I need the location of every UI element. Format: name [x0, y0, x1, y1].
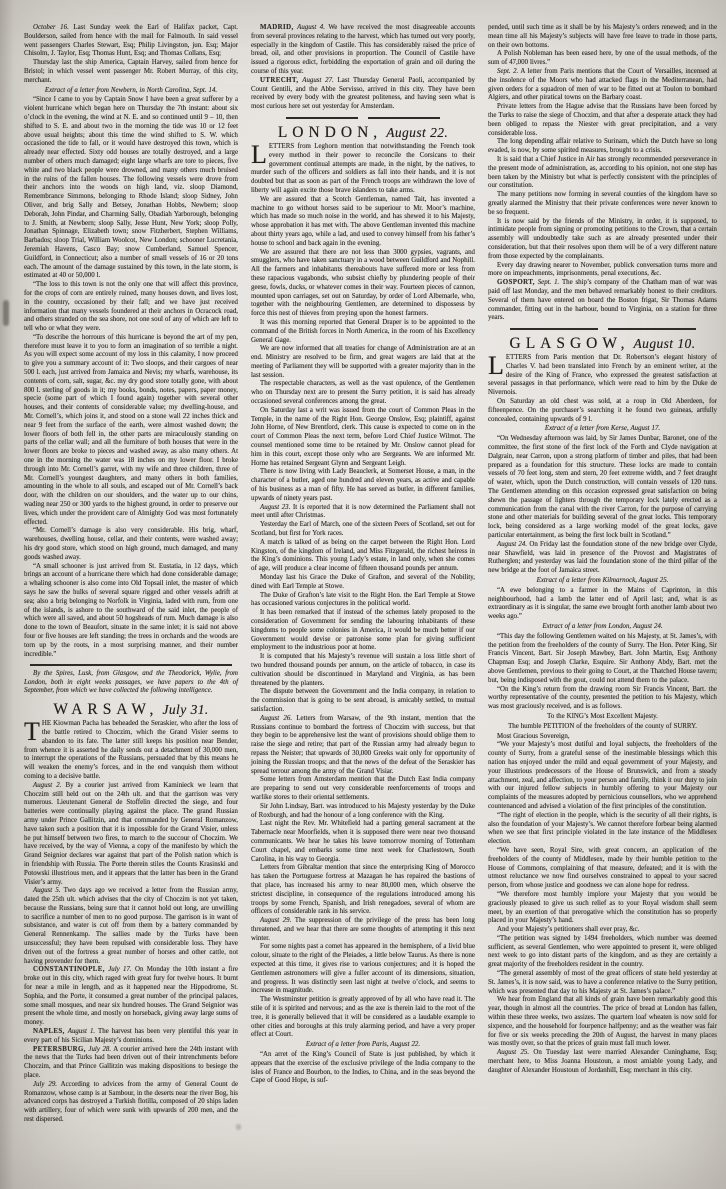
dateline-date: August 2.: [33, 782, 61, 789]
article-paragraph: August 23. It is reported that it is now…: [251, 504, 475, 522]
rule-segment: [286, 117, 358, 119]
article-paragraph: “On Wednesday afternoon was laid, by Sir…: [488, 435, 717, 541]
article-paragraph: “A ewe belonging to a farmer in the Main…: [488, 587, 717, 622]
heading-city: LONDON,: [278, 124, 382, 141]
article-paragraph: It is computed that his Majesty’s revenu…: [251, 653, 475, 688]
article-paragraph: pended, until such time as it shall be b…: [488, 24, 717, 50]
article-paragraph: Sir John Lindsay, Bart. was introduced t…: [251, 803, 475, 821]
letter-extract-caption: Extract of a letter from Kilmarnock, Aug…: [488, 577, 717, 586]
heading-date: August 10.: [634, 336, 696, 351]
article-paragraph: “On the King’s return from the drawing r…: [488, 686, 717, 712]
article-paragraph: A match is talked of as being on the car…: [251, 539, 475, 574]
section-heading-warsaw: WARSAW, July 31.: [24, 701, 238, 718]
article-lead-paragraph: THE Kiowman Pacha has beheaded the Seras…: [24, 720, 238, 782]
heading-date: August 22.: [386, 125, 448, 140]
article-paragraph: Last night the Rev. Mr. Whitefield had a…: [251, 820, 475, 864]
divider-rule: [26, 664, 236, 665]
dateline-date: August 1.: [68, 1028, 95, 1035]
article-paragraph: “We your Majesty’s most dutiful and loya…: [488, 741, 717, 811]
dateline-date: August 29.: [260, 917, 291, 924]
article-paragraph: There is now living with Lady Beauclerk,…: [251, 468, 475, 503]
article-paragraph: Yesterday the Earl of March, one of the …: [251, 521, 475, 539]
article-paragraph: “We therefore most humbly implore your M…: [488, 891, 717, 926]
letter-extract-caption: Extract of a letter from London, August …: [488, 623, 717, 632]
ink-smudge: [236, 1124, 241, 1130]
article-paragraph: “A small schooner is just arrived from S…: [24, 563, 238, 660]
article-paragraph: Private letters from the Hague advise th…: [488, 103, 717, 138]
editorial-note: By the Spires, Lusk, from Glasgow, and t…: [24, 670, 238, 696]
rule-segment: [608, 328, 696, 330]
dateline-date: August 25.: [497, 1049, 529, 1056]
article-paragraph: “Mr. Cornell’s damage is also very consi…: [24, 527, 238, 562]
divider-rule: [253, 117, 473, 119]
drop-capital: T: [24, 720, 42, 743]
article-paragraph: On Saturday last a writ was issued from …: [251, 407, 475, 469]
dateline-date: July 29.: [33, 1081, 57, 1088]
dateline-date: August 27.: [302, 77, 334, 84]
article-paragraph: It is said that a Chief Justice in Air h…: [488, 156, 717, 191]
section-heading-glasgow: GLASGOW, August 10.: [488, 335, 717, 352]
article-paragraph: August 5. Two days ago we received a let…: [24, 887, 238, 966]
article-paragraph: The long depending affair relative to Su…: [488, 138, 717, 156]
rule-segment: [510, 328, 598, 330]
dateline-paragraph: UTRECHT, August 27. Last Thursday Genera…: [251, 77, 475, 112]
petition-address-line: To the KING’s Most Excellent Majesty.: [488, 713, 717, 722]
ink-smudge: [3, 300, 9, 326]
heading-city: GLASGOW,: [510, 335, 630, 352]
article-paragraph: “We have seen, Royal Sire, with great co…: [488, 847, 717, 891]
dateline-paragraph: GOSPORT, Sept. 1. The ship’s company of …: [488, 279, 717, 323]
dateline-city: NAPLES,: [33, 1028, 65, 1035]
heading-date: July 31.: [163, 702, 209, 717]
section-heading-london: LONDON, August 22.: [251, 124, 475, 141]
dateline-date: August 24.: [497, 541, 527, 548]
rule-segment: [30, 664, 232, 665]
article-paragraph: The Duke of Grafton’s late visit to the …: [251, 592, 475, 610]
article-paragraph: The Westminster petition is greatly appr…: [251, 996, 475, 1040]
article-paragraph: August 24. On Friday last the foundation…: [488, 541, 717, 576]
dateline-city: GOSPORT,: [497, 279, 535, 286]
article-paragraph: Sept. 2. A letter from Paris mentions th…: [488, 68, 717, 103]
article-paragraph: It was this morning reported that Genera…: [251, 319, 475, 345]
article-paragraph: October 16. Last Sunday week the Earl of…: [24, 24, 238, 59]
dateline-paragraph: PETERSBURG, July 28. A courier arrived h…: [24, 1046, 238, 1081]
article-paragraph: And your Majesty’s petitioners shall eve…: [488, 926, 717, 935]
column-left: October 16. Last Sunday week the Earl of…: [24, 24, 238, 1125]
dateline-date: Sept. 1.: [538, 279, 560, 286]
dateline-date: August 5.: [33, 887, 61, 894]
drop-capital: L: [251, 143, 269, 166]
page-edge-shadow: [0, 0, 14, 1189]
dateline-paragraph: MADRID, August 4. We have received the m…: [251, 24, 475, 77]
dateline-date: July 28.: [88, 1046, 111, 1053]
article-paragraph: Monday last his Grace the Duke of Grafto…: [251, 574, 475, 592]
article-paragraph: The respectable characters, as well as t…: [251, 380, 475, 406]
article-paragraph: “To describe the horrours of this hurric…: [24, 334, 238, 528]
article-paragraph: We hear from England that all kinds of g…: [488, 996, 717, 1049]
newspaper-page: October 16. Last Sunday week the Earl of…: [0, 0, 726, 1189]
article-paragraph: On Saturday an old chest was sold, at a …: [488, 398, 717, 424]
dateline-date: August 23.: [260, 504, 290, 511]
dateline-date: Sept. 2.: [497, 68, 518, 75]
article-paragraph: We are assured that there are not less t…: [251, 249, 475, 319]
article-paragraph: August 2. By a courier just arrived from…: [24, 782, 238, 888]
article-paragraph: “An arret of the King’s Council of State…: [251, 1051, 475, 1086]
article-paragraph: “The general assembly of most of the gre…: [488, 970, 717, 996]
dateline-paragraph: NAPLES, August 1. The harvest has been v…: [24, 1028, 238, 1046]
article-paragraph: We are assured that a Scotch Gentleman, …: [251, 196, 475, 249]
column-right: pended, until such time as it shall be b…: [488, 24, 717, 1125]
dateline-date: August 4.: [297, 24, 325, 31]
dateline-date: August 26.: [260, 715, 292, 722]
article-paragraph: August 25. On Tuesday last were married …: [488, 1049, 717, 1075]
article-paragraph: We are now informed that all treaties fo…: [251, 345, 475, 380]
article-paragraph: Thursday last the ship America, Captain …: [24, 59, 238, 85]
article-paragraph: For some nights past a comet has appeare…: [251, 943, 475, 996]
article-paragraph: August 26. Letters from Warsaw, of the 9…: [251, 715, 475, 777]
letter-extract-caption: Extract of a letter from Newbern, in Nor…: [24, 87, 238, 96]
article-paragraph: It has been remarked that if instead of …: [251, 609, 475, 653]
dateline-city: CONSTANTINOPLE,: [33, 966, 105, 973]
article-paragraph: Letters from Gibraltar mention that sinc…: [251, 864, 475, 917]
dateline-city: UTRECHT,: [260, 77, 299, 84]
column-mid: MADRID, August 4. We have received the m…: [251, 24, 475, 1125]
petition-address-line: The humble PETITION of the freeholders o…: [488, 723, 717, 732]
divider-rule: [490, 328, 715, 330]
dateline-city: MADRID,: [260, 24, 294, 31]
column-container: October 16. Last Sunday week the Earl of…: [24, 24, 718, 1125]
drop-capital: L: [488, 354, 506, 377]
rule-segment: [368, 117, 440, 119]
article-paragraph: July 29. According to advices from the a…: [24, 1081, 238, 1125]
article-paragraph: Every day drawing nearer to November, pu…: [488, 262, 717, 280]
dateline-paragraph: CONSTANTINOPLE, July 17. On Monday the 1…: [24, 966, 238, 1028]
article-lead-paragraph: LETTERS from Paris mention that Dr. Robe…: [488, 354, 717, 398]
dateline-date: October 16.: [33, 24, 69, 31]
article-paragraph: A Polish Nobleman has been eased here, b…: [488, 50, 717, 68]
article-paragraph: “Since I came to you by Captain Snow I h…: [24, 96, 238, 281]
dateline-date: July 17.: [108, 966, 131, 973]
article-paragraph: “This day the following Gentlemen waited…: [488, 633, 717, 686]
letter-extract-caption: Extract of a letter from Paris, August 2…: [251, 1041, 475, 1050]
article-paragraph: The many petitions now forming in severa…: [488, 191, 717, 217]
article-paragraph: “The petition was signed by 1494 freehol…: [488, 935, 717, 970]
article-paragraph: “The right of election in the people, wh…: [488, 812, 717, 847]
article-paragraph: August 29. The suppression of the privil…: [251, 917, 475, 943]
article-paragraph: “The loss to this town is not the only o…: [24, 281, 238, 334]
article-paragraph: The dispute between the Government and t…: [251, 688, 475, 714]
dateline-city: PETERSBURG,: [33, 1046, 86, 1053]
article-lead-paragraph: LETTERS from Leghorn mention that notwit…: [251, 143, 475, 196]
letter-extract-caption: Extract of a letter from Kerse, August 1…: [488, 425, 717, 434]
article-paragraph: Some letters from Amsterdam mention that…: [251, 776, 475, 802]
heading-city: WARSAW,: [53, 701, 158, 718]
article-paragraph: It is now said by the friends of the Min…: [488, 218, 717, 262]
